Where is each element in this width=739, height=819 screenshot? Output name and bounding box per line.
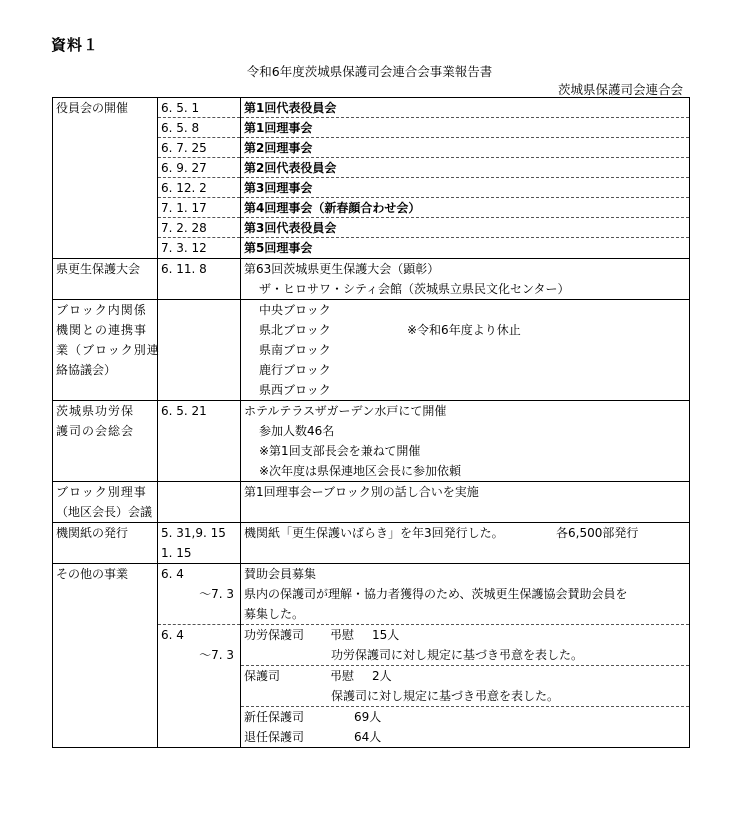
category-label: 絡協議会） — [53, 360, 157, 380]
content-cell: 第1回代表役員会 第1回理事会 第2回理事会 第2回代表役員会 第3回理事会 第… — [241, 98, 690, 259]
count: 64人 — [354, 730, 381, 744]
convention-title: 第63回茨城県更生保護大会（顕彰） — [241, 259, 689, 279]
meritorious-condolence: 功労保護司弔慰15人 — [241, 625, 689, 645]
condolence-note: 功労保護司に対し規定に基づき弔意を表した。 — [241, 645, 689, 665]
date: 1. 15 — [158, 543, 240, 563]
block-name: 鹿行ブロック — [241, 360, 689, 380]
date: 6. 12. 2 — [158, 178, 240, 198]
label: 退任保護司 — [244, 727, 354, 747]
meeting-description: 第1回理事会ーブロック別の話し合いを実施 — [241, 482, 689, 502]
condolence-note: 保護司に対し規定に基づき弔意を表した。 — [241, 686, 689, 706]
category-label: 業（ブロック別連 — [53, 340, 157, 360]
table-row-blocks: ブロック内関係 機関との連携事 業（ブロック別連 絡協議会） 中央ブロック 県北… — [53, 300, 690, 401]
category-cell: 茨城県功労保 護司の会総会 — [53, 401, 158, 482]
date-end: ～7. 3 — [158, 645, 240, 665]
document-label: 資料１ — [51, 34, 99, 55]
category-cell: ブロック内関係 機関との連携事 業（ブロック別連 絡協議会） — [53, 300, 158, 401]
date-cell: 6. 11. 8 — [158, 259, 241, 300]
regular-condolence: 保護司弔慰2人 — [241, 666, 689, 686]
meeting-name: 第4回理事会（新春顔合わせ会） — [241, 198, 689, 218]
count: 2人 — [372, 669, 392, 683]
support-description: 県内の保護司が理解・協力者獲得のため、茨城更生保護協会賛助会員を — [241, 584, 689, 604]
category-label: 機関との連携事 — [53, 320, 157, 340]
convention-venue: ザ・ヒロサワ・シティ会館（茨城県立県民文化センター） — [241, 279, 689, 299]
kind: 弔慰 — [330, 666, 372, 686]
content-cell: ホテルテラスザガーデン水戸にて開催 参加人数46名 ※第1回支部長会を兼ねて開催… — [241, 401, 690, 482]
newsletter-line: 機関紙「更生保護いばらき」を年3回発行した。各6,500部発行 — [241, 523, 689, 543]
date: 6. 5. 21 — [161, 401, 237, 421]
category-cell: 県更生保護大会 — [53, 259, 158, 300]
organization-name: 茨城県保護司会連合会 — [558, 80, 683, 98]
report-table: 役員会の開催 6. 5. 1 6. 5. 8 6. 7. 25 6. 9. 27… — [52, 97, 690, 748]
date-cell: 6. 5. 1 6. 5. 8 6. 7. 25 6. 9. 27 6. 12.… — [158, 98, 241, 259]
document-title: 令和6年度茨城県保護司会連合会事業報告書 — [0, 62, 739, 80]
date: 6. 7. 25 — [158, 138, 240, 158]
block-name-with-note: 県北ブロック※令和6年度より休止 — [241, 320, 689, 340]
category-cell: その他の事業 — [53, 564, 158, 748]
meeting-venue: ホテルテラスザガーデン水戸にて開催 — [241, 401, 689, 421]
category-cell: 役員会の開催 — [53, 98, 158, 259]
content-cell: 機関紙「更生保護いばらき」を年3回発行した。各6,500部発行 — [241, 523, 690, 564]
category-cell: ブロック別理事 （地区会長）会議 — [53, 482, 158, 523]
label: 新任保護司 — [244, 707, 354, 727]
label: 保護司 — [244, 666, 330, 686]
date: 5. 31,9. 15 — [158, 523, 240, 543]
table-row-other: その他の事業 6. 4 ～7. 3 6. 4 ～7. 3 賛助会員募集 県内の保… — [53, 564, 690, 748]
date-cell: 6. 5. 21 — [158, 401, 241, 482]
table-row-block-directors: ブロック別理事 （地区会長）会議 第1回理事会ーブロック別の話し合いを実施 — [53, 482, 690, 523]
copies: 各6,500部発行 — [556, 526, 638, 540]
table-row-convention: 県更生保護大会 6. 11. 8 第63回茨城県更生保護大会（顕彰） ザ・ヒロサ… — [53, 259, 690, 300]
newsletter-description: 機関紙「更生保護いばらき」を年3回発行した。 — [244, 523, 556, 543]
table-row-newsletter: 機関紙の発行 5. 31,9. 15 1. 15 機関紙「更生保護いばらき」を年… — [53, 523, 690, 564]
content-cell: 賛助会員募集 県内の保護司が理解・協力者獲得のため、茨城更生保護協会賛助会員を … — [241, 564, 690, 748]
date-end: ～7. 3 — [158, 584, 240, 604]
attendance: 参加人数46名 — [241, 421, 689, 441]
date: 6. 5. 8 — [158, 118, 240, 138]
block-name: 中央ブロック — [241, 300, 689, 320]
date: 6. 11. 8 — [161, 259, 237, 279]
content-cell: 第1回理事会ーブロック別の話し合いを実施 — [241, 482, 690, 523]
retired-officers: 退任保護司64人 — [241, 727, 689, 747]
meeting-name: 第2回代表役員会 — [241, 158, 689, 178]
date-cell — [158, 482, 241, 523]
category-label: 県更生保護大会 — [56, 259, 154, 279]
category-label: ブロック内関係 — [53, 300, 157, 320]
category-label: （地区会長）会議 — [53, 502, 157, 522]
content-cell: 第63回茨城県更生保護大会（顕彰） ザ・ヒロサワ・シティ会館（茨城県立県民文化セ… — [241, 259, 690, 300]
meeting-name: 第2回理事会 — [241, 138, 689, 158]
label: 功労保護司 — [244, 625, 330, 645]
block-name: 県南ブロック — [241, 340, 689, 360]
date: 6. 5. 1 — [158, 98, 240, 118]
date: 6. 9. 27 — [158, 158, 240, 178]
category-label: 護司の会総会 — [53, 421, 157, 441]
date: 7. 2. 28 — [158, 218, 240, 238]
date-cell — [158, 300, 241, 401]
date: 7. 3. 12 — [158, 238, 240, 258]
kind: 弔慰 — [330, 625, 372, 645]
date-start: 6. 4 — [158, 564, 240, 584]
support-title: 賛助会員募集 — [241, 564, 689, 584]
category-label: その他の事業 — [56, 564, 154, 584]
suspension-note: ※令和6年度より休止 — [407, 323, 521, 337]
note: ※次年度は県保連地区会長に参加依頼 — [241, 461, 689, 481]
category-cell: 機関紙の発行 — [53, 523, 158, 564]
table-row-meritorious: 茨城県功労保 護司の会総会 6. 5. 21 ホテルテラスザガーデン水戸にて開催… — [53, 401, 690, 482]
table-row-officers: 役員会の開催 6. 5. 1 6. 5. 8 6. 7. 25 6. 9. 27… — [53, 98, 690, 259]
date-cell: 6. 4 ～7. 3 6. 4 ～7. 3 — [158, 564, 241, 748]
block-name: 県北ブロック — [259, 320, 407, 340]
date-start: 6. 4 — [158, 625, 240, 645]
category-label: 茨城県功労保 — [53, 401, 157, 421]
meeting-name: 第5回理事会 — [241, 238, 689, 258]
meeting-name: 第1回代表役員会 — [241, 98, 689, 118]
category-label: 機関紙の発行 — [56, 523, 154, 543]
support-description: 募集した。 — [241, 604, 689, 624]
count: 15人 — [372, 628, 399, 642]
category-label: 役員会の開催 — [56, 98, 154, 118]
block-name: 県西ブロック — [241, 380, 689, 400]
count: 69人 — [354, 710, 381, 724]
date-cell: 5. 31,9. 15 1. 15 — [158, 523, 241, 564]
new-officers: 新任保護司69人 — [241, 707, 689, 727]
category-label: ブロック別理事 — [53, 482, 157, 502]
note: ※第1回支部長会を兼ねて開催 — [241, 441, 689, 461]
meeting-name: 第3回代表役員会 — [241, 218, 689, 238]
meeting-name: 第3回理事会 — [241, 178, 689, 198]
date: 7. 1. 17 — [158, 198, 240, 218]
content-cell: 中央ブロック 県北ブロック※令和6年度より休止 県南ブロック 鹿行ブロック 県西… — [241, 300, 690, 401]
meeting-name: 第1回理事会 — [241, 118, 689, 138]
